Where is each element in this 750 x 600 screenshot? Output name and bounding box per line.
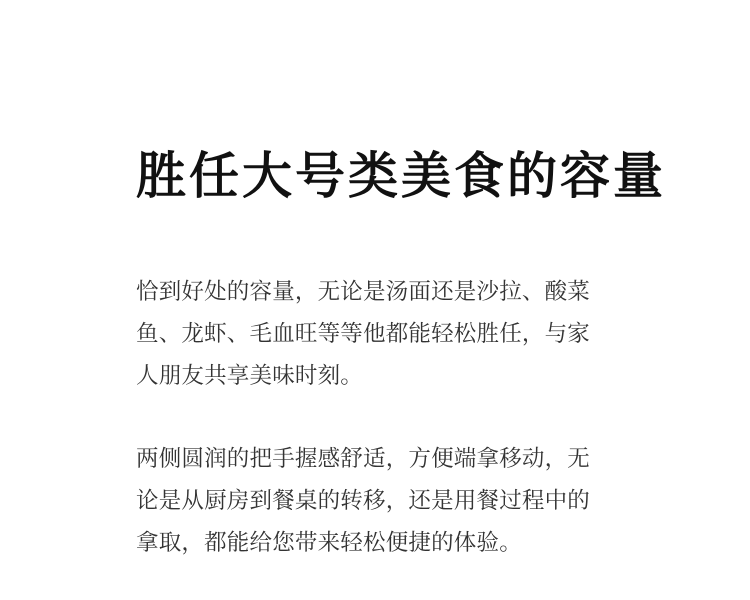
paragraph-line: 论是从厨房到餐桌的转移，还是用餐过程中的: [136, 480, 626, 522]
paragraph-line: 鱼、龙虾、毛血旺等等他都能轻松胜任，与家: [136, 313, 626, 355]
paragraph-line: 拿取，都能给您带来轻松便捷的体验。: [136, 522, 626, 564]
page-title: 胜任大号类美食的容量: [136, 148, 666, 204]
paragraph-line: 两侧圆润的把手握感舒适，方便端拿移动，无: [136, 438, 626, 480]
paragraph-line: 恰到好处的容量，无论是汤面还是沙拉、酸菜: [136, 271, 626, 313]
paragraph-capacity: 恰到好处的容量，无论是汤面还是沙拉、酸菜 鱼、龙虾、毛血旺等等他都能轻松胜任，与…: [136, 271, 626, 397]
paragraph-line: 人朋友共享美味时刻。: [136, 355, 626, 397]
paragraph-handles: 两侧圆润的把手握感舒适，方便端拿移动，无 论是从厨房到餐桌的转移，还是用餐过程中…: [136, 438, 626, 564]
